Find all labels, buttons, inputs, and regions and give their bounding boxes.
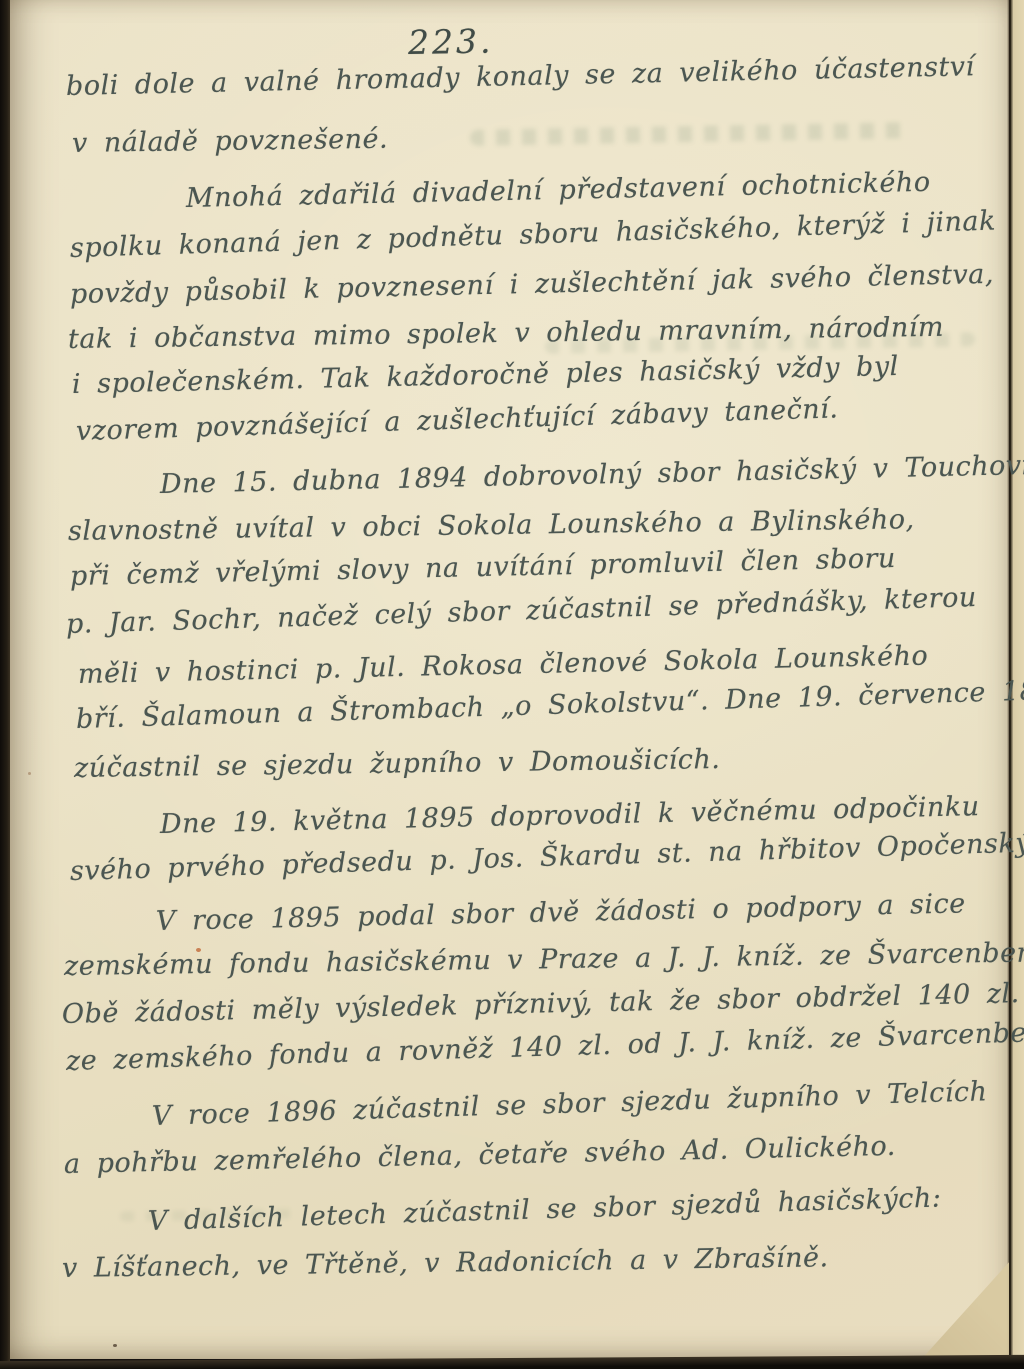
book-binding-edge [0,0,10,1369]
handwritten-line: v náladě povznešené. [72,123,389,161]
scanned-chronicle-page: 223. boli dole a valné hromady konaly se… [0,0,1024,1369]
page-number: 223. [408,21,494,64]
paper-stain [28,772,31,775]
paper-stain [113,1344,117,1347]
